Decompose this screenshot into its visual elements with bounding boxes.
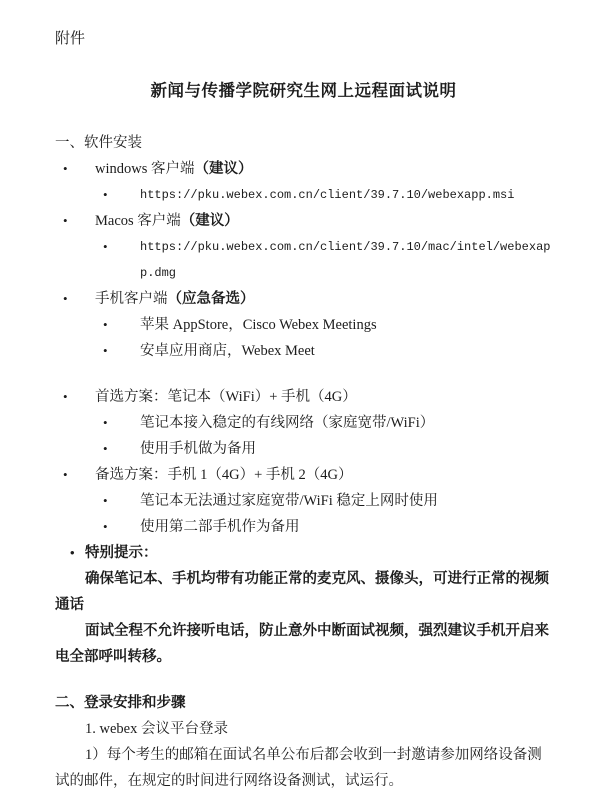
windows-client-label-bold: （建议） — [195, 161, 253, 177]
list-item-primary-plan: • 首选方案：笔记本（WiFi）+ 手机（4G） — [55, 384, 552, 410]
primary-plan-sub2-label: 使用手机做为备用 — [140, 441, 256, 457]
backup-plan-sub2-label: 使用第二部手机作为备用 — [140, 519, 300, 535]
bullet-icon: • — [103, 410, 108, 436]
list-item-mobile-client: • 手机客户端（应急备选） — [55, 286, 552, 312]
bullet-icon: • — [63, 156, 68, 182]
bullet-icon: • — [103, 312, 108, 338]
list-item-special-note: • 特别提示： — [55, 540, 552, 566]
list-item-macos-client: • Macos 客户端（建议） — [55, 208, 552, 234]
primary-plan-sub1-label: 笔记本接入稳定的有线网络（家庭宽带/WiFi） — [140, 415, 434, 431]
bullet-icon: • — [63, 286, 68, 312]
special-note-paragraph-2: 面试全程不允许接听电话，防止意外中断面试视频，强烈建议手机开启来电全部呼叫转移。 — [55, 618, 552, 670]
mobile-client-label: 手机客户端 — [95, 291, 168, 307]
backup-plan-label: 备选方案：手机 1（4G）+ 手机 2（4G） — [95, 467, 353, 483]
document-page: 附件 新闻与传播学院研究生网上远程面试说明 一、软件安装 • windows 客… — [0, 0, 600, 812]
bullet-icon: • — [103, 514, 108, 540]
login-step1-detail: 1）每个考生的邮箱在面试名单公布后都会收到一封邀请参加网络设备测试的邮件，在规定… — [55, 742, 552, 794]
bullet-icon: • — [103, 488, 108, 514]
macos-client-label: Macos 客户端 — [95, 213, 181, 229]
page-title: 新闻与传播学院研究生网上远程面试说明 — [55, 77, 552, 105]
windows-client-url: https://pku.webex.com.cn/client/39.7.10/… — [140, 182, 514, 208]
bullet-icon: • — [63, 462, 68, 488]
android-store-label: 安卓应用商店，Webex Meet — [140, 343, 315, 359]
list-item-backup-plan-sub1: • 笔记本无法通过家庭宽带/WiFi 稳定上网时使用 — [55, 488, 552, 514]
list-item-primary-plan-sub2: • 使用手机做为备用 — [55, 436, 552, 462]
blank-line — [55, 364, 552, 384]
bullet-icon: • — [103, 338, 108, 364]
mobile-client-label-bold: （应急备选） — [168, 291, 255, 307]
section-heading-software: 一、软件安装 — [55, 130, 552, 156]
macos-client-label-bold: （建议） — [181, 213, 239, 229]
blank-line — [55, 670, 552, 690]
bullet-icon: • — [63, 208, 68, 234]
bullet-icon: • — [70, 540, 75, 566]
windows-client-label: windows 客户端 — [95, 161, 195, 177]
special-note-paragraph-1: 确保笔记本、手机均带有功能正常的麦克风、摄像头，可进行正常的视频通话 — [55, 566, 552, 618]
attachment-label: 附件 — [55, 26, 552, 52]
bullet-icon: • — [103, 436, 108, 462]
bullet-icon: • — [103, 182, 108, 208]
macos-client-url: https://pku.webex.com.cn/client/39.7.10/… — [140, 234, 552, 286]
list-item-primary-plan-sub1: • 笔记本接入稳定的有线网络（家庭宽带/WiFi） — [55, 410, 552, 436]
list-item-windows-url: • https://pku.webex.com.cn/client/39.7.1… — [55, 182, 552, 208]
section-heading-login: 二、登录安排和步骤 — [55, 690, 552, 716]
list-item-windows-client: • windows 客户端（建议） — [55, 156, 552, 182]
special-note-label: 特别提示： — [85, 545, 158, 561]
list-item-backup-plan-sub2: • 使用第二部手机作为备用 — [55, 514, 552, 540]
backup-plan-sub1-label: 笔记本无法通过家庭宽带/WiFi 稳定上网时使用 — [140, 493, 438, 509]
ios-store-label: 苹果 AppStore，Cisco Webex Meetings — [140, 317, 377, 333]
list-item-backup-plan: • 备选方案：手机 1（4G）+ 手机 2（4G） — [55, 462, 552, 488]
bullet-icon: • — [103, 234, 108, 260]
bullet-icon: • — [63, 384, 68, 410]
primary-plan-label: 首选方案：笔记本（WiFi）+ 手机（4G） — [95, 389, 357, 405]
list-item-android-store: • 安卓应用商店，Webex Meet — [55, 338, 552, 364]
list-item-macos-url: • https://pku.webex.com.cn/client/39.7.1… — [55, 234, 552, 286]
list-item-ios-store: • 苹果 AppStore，Cisco Webex Meetings — [55, 312, 552, 338]
login-step1-title: 1. webex 会议平台登录 — [55, 716, 552, 742]
